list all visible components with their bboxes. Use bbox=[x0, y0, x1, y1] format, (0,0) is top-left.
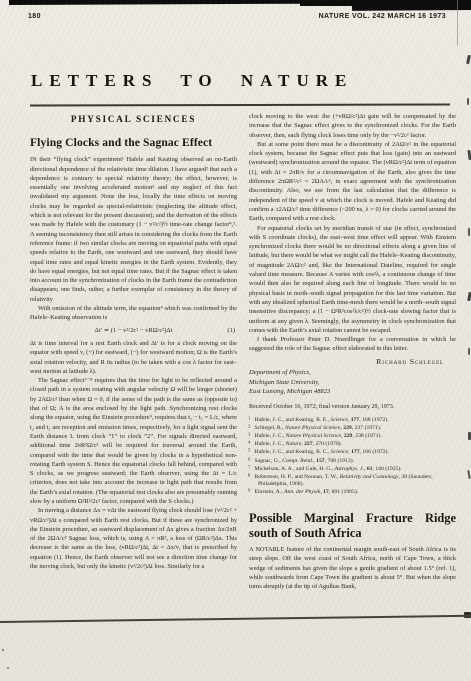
reference-pages: , 168 (1972). bbox=[359, 417, 388, 423]
reference-volume: 177 bbox=[351, 449, 360, 455]
equation-1: Δt′ ≃ (1 − v²/2c² − vRΩ/c²)Δt (1) bbox=[30, 326, 237, 335]
paragraph: But at some point there must be a discon… bbox=[249, 140, 456, 224]
reference-item: 5Hafele, J. C., and Keating, R. C., Scie… bbox=[249, 448, 456, 456]
reference-authors: Hafele, J. C., and Keating, R. C., bbox=[255, 449, 331, 455]
right-column: clock moving to the west: the (+vRΩ/c²)Δ… bbox=[249, 112, 456, 620]
scan-artifact-mark bbox=[467, 470, 471, 479]
scan-artifact-mark bbox=[468, 228, 470, 236]
paragraph: The Sagnac effect⁶⁻⁸ requires that the t… bbox=[30, 376, 237, 506]
banner-rule bbox=[30, 103, 450, 106]
reference-item: 8Robertson, H. P., and Noonan, T. W., Re… bbox=[249, 473, 456, 488]
paragraph: In moving a distance Δx = vΔt the eastwa… bbox=[30, 506, 237, 571]
reference-item: 3Hafele, J. C., Nature Physical Science,… bbox=[249, 432, 456, 440]
reference-journal: Nature Physical Science bbox=[285, 425, 340, 431]
letters-to-nature-banner: LETTERS TO NATURE bbox=[31, 71, 353, 91]
scan-artifact-top-bar bbox=[9, 0, 309, 5]
left-column: PHYSICAL SCIENCES Flying Clocks and the … bbox=[30, 112, 237, 620]
reference-item: 4Hafele, J. C., Nature, 227, 270 (1970). bbox=[249, 440, 456, 448]
reference-pages: , 708 (1913). bbox=[325, 458, 354, 464]
article-title: Flying Clocks and the Sagnac Effect bbox=[30, 136, 237, 149]
reference-volume: 157 bbox=[316, 458, 325, 464]
paragraph: IN their “flying clock” experiment¹ Hafe… bbox=[30, 155, 237, 304]
scan-artifact-edge-line bbox=[457, 0, 458, 46]
reference-pages: , 140 (1925). bbox=[372, 466, 401, 472]
address-line: East Lansing, Michigan 48823 bbox=[249, 387, 456, 397]
reference-authors: Einstein, A., bbox=[255, 489, 285, 495]
reference-volume: 177 bbox=[351, 417, 360, 423]
reference-authors: Hafele, J. C., bbox=[255, 433, 286, 439]
scan-artifact-top-bar bbox=[352, 0, 471, 11]
address-line: Department of Physics, bbox=[249, 368, 456, 378]
page-number: 180 bbox=[28, 13, 41, 20]
reference-pages: , 270 (1970). bbox=[313, 441, 342, 447]
reference-pages: , 166 (1972). bbox=[360, 449, 389, 455]
scan-artifact-mark bbox=[467, 292, 471, 301]
two-column-text: PHYSICAL SCIENCES Flying Clocks and the … bbox=[30, 112, 457, 620]
equation-body: Δt′ ≃ (1 − v²/2c² − vRΩ/c²)Δt bbox=[95, 327, 173, 334]
scan-artifact-speck bbox=[2, 649, 4, 651]
reference-authors: Hafele, J. C., and Keating, R. E., bbox=[255, 417, 331, 423]
reference-item: 2Schlegel, R., Nature Physical Science, … bbox=[249, 424, 456, 432]
reference-item: 7Michelson, A. A., and Gale, H. G., Astr… bbox=[249, 465, 456, 473]
reference-volume: 229 bbox=[343, 425, 352, 431]
reference-journal: Nature bbox=[286, 441, 302, 447]
reference-journal: Science bbox=[330, 417, 347, 423]
reference-authors: Schlegel, R., bbox=[255, 425, 286, 431]
paragraph: A NOTABLE feature of the continental mar… bbox=[249, 545, 456, 591]
paragraph: I thank Professor Peter D. Noerdlinger f… bbox=[249, 335, 456, 354]
reference-journal: Relativity and Cosmology bbox=[340, 474, 399, 480]
reference-authors: Robertson, H. P., and Noonan, T. W., bbox=[255, 474, 340, 480]
reference-list: 1Hafele, J. C., and Keating, R. E., Scie… bbox=[249, 416, 456, 496]
reference-authors: Sagnac, G., bbox=[255, 458, 283, 464]
journal-volume-date: NATURE VOL. 242 MARCH 16 1973 bbox=[319, 13, 446, 20]
paragraph: For equatorial clocks set by meridian tr… bbox=[249, 224, 456, 336]
reference-authors: Michelson, A. A., and Gale, H. G., bbox=[255, 466, 335, 472]
reference-journal: Nature Physical Science bbox=[286, 433, 341, 439]
reference-pages: , 237 (1971). bbox=[352, 425, 381, 431]
paragraph: Δt is time interval for a rest Earth clo… bbox=[30, 339, 237, 376]
scan-artifact-mark bbox=[467, 150, 471, 160]
paragraph: With omission of the altitude term, the … bbox=[30, 304, 237, 323]
reference-journal: Compt. Rend. bbox=[282, 458, 313, 464]
reference-journal: Astrophys. J. bbox=[335, 466, 364, 472]
reference-journal: Ann. der Physik bbox=[284, 489, 320, 495]
reference-volume: 227 bbox=[304, 441, 313, 447]
paragraph: clock moving to the west: the (+vRΩ/c²)Δ… bbox=[249, 112, 456, 140]
reference-pages: , 238 (1971). bbox=[352, 433, 381, 439]
reference-pages: , 891 (1905). bbox=[329, 489, 358, 495]
author-signature: Richard Schlegel bbox=[249, 357, 456, 366]
reference-item: 9Einstein, A., Ann. der Physik, 17, 891 … bbox=[249, 488, 456, 496]
scan-artifact-mark bbox=[466, 55, 471, 64]
scanned-journal-page: 180 NATURE VOL. 242 MARCH 16 1973 LETTER… bbox=[0, 0, 471, 681]
reference-item: 6Sagnac, G., Compt. Rend., 157, 708 (191… bbox=[249, 457, 456, 465]
equation-number: (1) bbox=[227, 326, 235, 335]
scan-artifact-mark bbox=[468, 348, 470, 355]
section-heading: PHYSICAL SCIENCES bbox=[30, 116, 237, 125]
reference-journal: Science bbox=[331, 449, 348, 455]
reference-authors: Hafele, J. C., bbox=[255, 441, 286, 447]
received-line: Received October 16, 1972; final version… bbox=[249, 403, 456, 412]
scan-artifact-speck bbox=[7, 667, 9, 669]
author-address: Department of Physics, Michigan State Un… bbox=[249, 368, 456, 397]
running-header: 180 NATURE VOL. 242 MARCH 16 1973 bbox=[28, 13, 446, 20]
reference-item: 1Hafele, J. C., and Keating, R. E., Scie… bbox=[249, 416, 456, 424]
next-article-title: Possible Marginal Fracture Ridge south o… bbox=[249, 511, 456, 540]
scan-artifact-mark bbox=[467, 98, 469, 105]
address-line: Michigan State University, bbox=[249, 378, 456, 388]
